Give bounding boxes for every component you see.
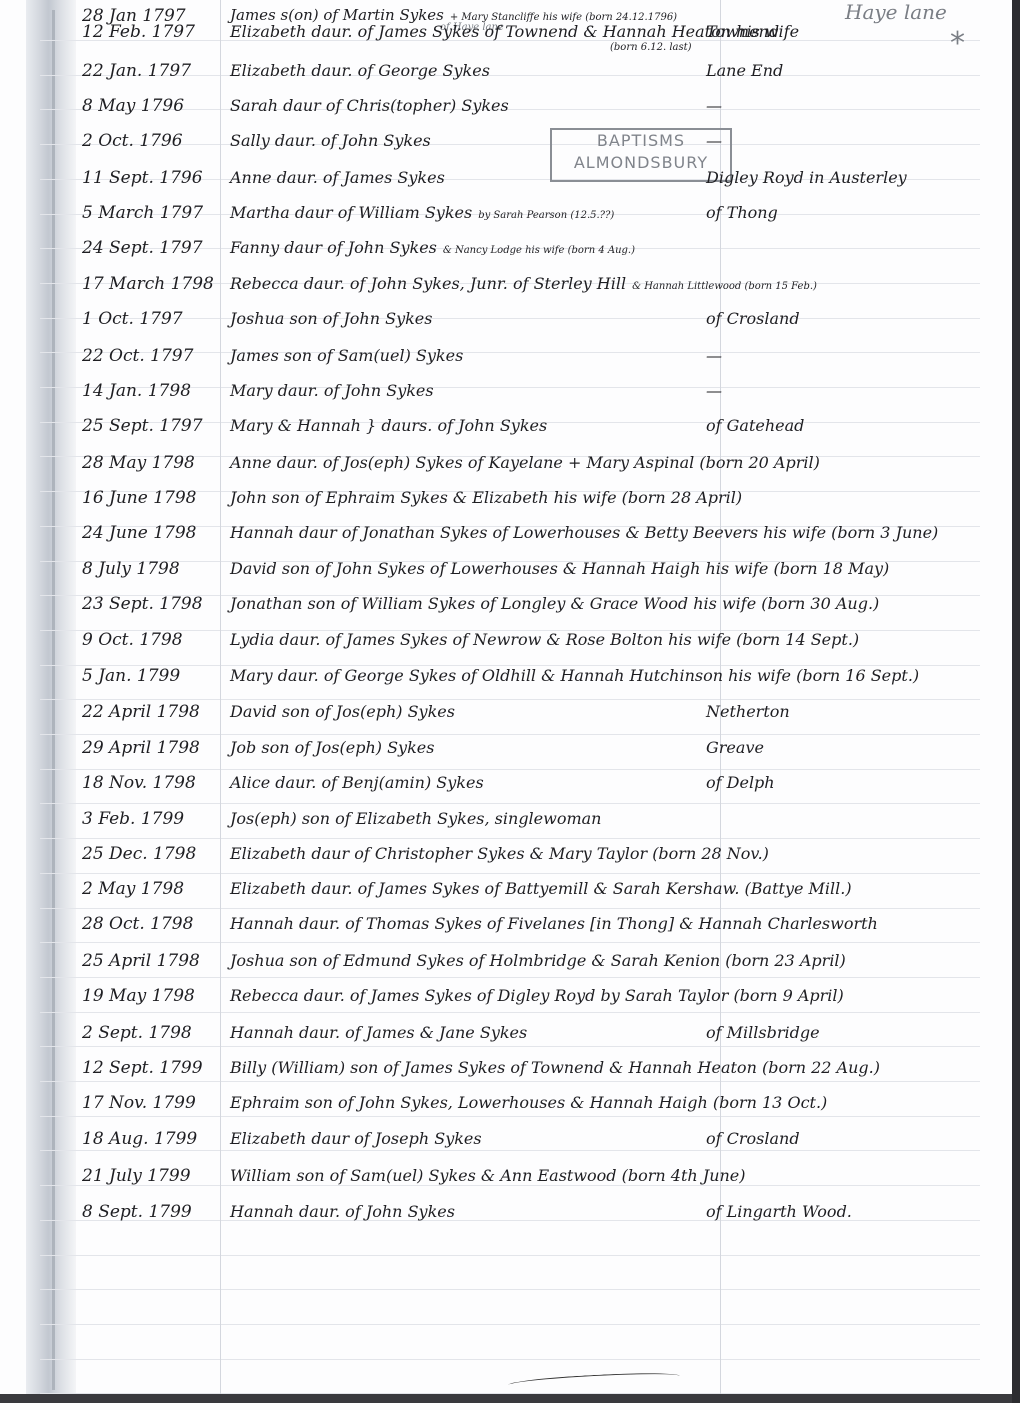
baptism-entry: Jos(eph) son of Elizabeth Sykes, singlew… bbox=[230, 809, 601, 828]
register-row: 11 Sept. 1796Anne daur. of James SykesDi… bbox=[0, 162, 1020, 196]
register-row: 23 Sept. 1798Jonathan son of William Syk… bbox=[0, 588, 1020, 622]
ruled-line bbox=[40, 1255, 980, 1256]
baptism-date: 24 Sept. 1797 bbox=[82, 238, 203, 258]
entry-text: Elizabeth daur of Christopher Sykes & Ma… bbox=[230, 844, 769, 863]
baptism-entry: David son of John Sykes of Lowerhouses &… bbox=[230, 559, 889, 578]
baptism-entry: Anne daur. of James Sykes bbox=[230, 168, 445, 187]
register-row: 5 March 1797Martha daur of William Sykes… bbox=[0, 197, 1020, 231]
baptism-entry: Joshua son of Edmund Sykes of Holmbridge… bbox=[230, 951, 846, 970]
entry-text: Sarah daur of Chris(topher) Sykes bbox=[230, 96, 509, 115]
entry-text: Mary daur. of John Sykes bbox=[230, 381, 434, 400]
entry-text: Mary daur. of George Sykes of Oldhill & … bbox=[230, 666, 919, 685]
baptism-entry: Fanny daur of John Sykes& Nancy Lodge hi… bbox=[230, 238, 635, 257]
baptism-entry: Mary daur. of George Sykes of Oldhill & … bbox=[230, 666, 919, 685]
register-row: 18 Nov. 1798Alice daur. of Benj(amin) Sy… bbox=[0, 767, 1020, 801]
entry-subnote: (born 6.12. last) bbox=[610, 42, 692, 53]
entry-text: Rebecca daur. of John Sykes, Junr. of St… bbox=[230, 274, 626, 293]
entry-text: William son of Sam(uel) Sykes & Ann East… bbox=[230, 1166, 746, 1185]
register-row: 18 Aug. 1799Elizabeth daur of Joseph Syk… bbox=[0, 1123, 1020, 1157]
baptism-date: 18 Nov. 1798 bbox=[82, 773, 196, 793]
register-row: 16 June 1798John son of Ephraim Sykes & … bbox=[0, 482, 1020, 516]
register-row: 28 Oct. 1798Hannah daur. of Thomas Sykes… bbox=[0, 908, 1020, 942]
register-row: 8 Sept. 1799Hannah daur. of John Sykesof… bbox=[0, 1196, 1020, 1230]
baptism-date: 8 Sept. 1799 bbox=[82, 1202, 192, 1222]
register-row: 24 Sept. 1797Fanny daur of John Sykes& N… bbox=[0, 232, 1020, 266]
baptism-date: 2 Sept. 1798 bbox=[82, 1023, 192, 1043]
entry-text: Mary & Hannah } daurs. of John Sykes bbox=[230, 416, 547, 435]
register-row: 1 Oct. 1797Joshua son of John Sykesof Cr… bbox=[0, 303, 1020, 337]
register-row: 12 Sept. 1799Billy (William) son of Jame… bbox=[0, 1052, 1020, 1086]
baptism-entry: Job son of Jos(eph) Sykes bbox=[230, 738, 434, 757]
baptism-date: 22 Oct. 1797 bbox=[82, 346, 193, 366]
entry-text: James son of Sam(uel) Sykes bbox=[230, 346, 463, 365]
register-row: 14 Jan. 1798Mary daur. of John Sykes— bbox=[0, 375, 1020, 409]
entry-text: Hannah daur. of John Sykes bbox=[230, 1202, 455, 1221]
baptism-entry: Elizabeth daur of Christopher Sykes & Ma… bbox=[230, 844, 769, 863]
entry-text: John son of Ephraim Sykes & Elizabeth hi… bbox=[230, 488, 742, 507]
entry-text: Jos(eph) son of Elizabeth Sykes, singlew… bbox=[230, 809, 601, 828]
place-of-abode: of Millsbridge bbox=[706, 1023, 820, 1042]
register-row: 2 May 1798Elizabeth daur. of James Sykes… bbox=[0, 873, 1020, 907]
register-row: 12 Feb. 1797Elizabeth daur. of James Syk… bbox=[0, 16, 1020, 50]
baptism-date: 22 April 1798 bbox=[82, 702, 200, 722]
entry-note: by Sarah Pearson (12.5.??) bbox=[478, 210, 614, 221]
baptism-date: 8 May 1796 bbox=[82, 96, 184, 116]
baptism-date: 16 June 1798 bbox=[82, 488, 196, 508]
baptism-entry: John son of Ephraim Sykes & Elizabeth hi… bbox=[230, 488, 742, 507]
register-row: 2 Sept. 1798Hannah daur. of James & Jane… bbox=[0, 1017, 1020, 1051]
entry-text: Fanny daur of John Sykes bbox=[230, 238, 437, 257]
register-row: 8 July 1798David son of John Sykes of Lo… bbox=[0, 553, 1020, 587]
register-row: 24 June 1798Hannah daur of Jonathan Syke… bbox=[0, 517, 1020, 551]
entry-text: Alice daur. of Benj(amin) Sykes bbox=[230, 773, 484, 792]
baptism-entry: Sarah daur of Chris(topher) Sykes bbox=[230, 96, 509, 115]
place-of-abode: Lane End bbox=[706, 61, 783, 80]
register-row: 8 May 1796Sarah daur of Chris(topher) Sy… bbox=[0, 90, 1020, 124]
ruled-line bbox=[40, 1289, 980, 1290]
baptism-entry: Martha daur of William Sykesby Sarah Pea… bbox=[230, 203, 614, 222]
baptism-date: 1 Oct. 1797 bbox=[82, 309, 183, 329]
place-of-abode: — bbox=[706, 96, 722, 115]
register-row: 25 Dec. 1798Elizabeth daur of Christophe… bbox=[0, 838, 1020, 872]
entry-text: Elizabeth daur. of James Sykes of Battye… bbox=[230, 879, 852, 898]
entry-text: Hannah daur. of James & Jane Sykes bbox=[230, 1023, 527, 1042]
register-row: 17 March 1798Rebecca daur. of John Sykes… bbox=[0, 268, 1020, 302]
entry-text: Ephraim son of John Sykes, Lowerhouses &… bbox=[230, 1093, 827, 1112]
baptism-entry: Sally daur. of John Sykes bbox=[230, 131, 431, 150]
baptism-entry: Ephraim son of John Sykes, Lowerhouses &… bbox=[230, 1093, 827, 1112]
baptism-entry: Elizabeth daur of Joseph Sykes bbox=[230, 1129, 482, 1148]
baptism-date: 11 Sept. 1796 bbox=[82, 168, 203, 188]
register-row: 25 Sept. 1797Mary & Hannah } daurs. of J… bbox=[0, 410, 1020, 444]
baptism-entry: Billy (William) son of James Sykes of To… bbox=[230, 1058, 880, 1077]
baptism-entry: Hannah daur. of Thomas Sykes of Fivelane… bbox=[230, 914, 878, 933]
register-row: 29 April 1798Job son of Jos(eph) SykesGr… bbox=[0, 732, 1020, 766]
entry-note: & Hannah Littlewood (born 15 Feb.) bbox=[632, 281, 817, 292]
arrow-icon bbox=[508, 1371, 680, 1391]
place-of-abode: Digley Royd in Austerley bbox=[706, 168, 907, 187]
baptism-date: 28 Oct. 1798 bbox=[82, 914, 193, 934]
place-of-abode: of Delph bbox=[706, 773, 775, 792]
entry-text: Joshua son of Edmund Sykes of Holmbridge… bbox=[230, 951, 846, 970]
baptism-date: 5 March 1797 bbox=[82, 203, 203, 223]
entry-text: Hannah daur. of Thomas Sykes of Fivelane… bbox=[230, 914, 878, 933]
place-of-abode: Netherton bbox=[706, 702, 790, 721]
baptism-entry: David son of Jos(eph) Sykes bbox=[230, 702, 455, 721]
register-row: 19 May 1798Rebecca daur. of James Sykes … bbox=[0, 980, 1020, 1014]
scanned-page: Haye lane * BAPTISMS ALMONDSBURY 28 Jan … bbox=[0, 0, 1020, 1403]
entry-text: Jonathan son of William Sykes of Longley… bbox=[230, 594, 879, 613]
register-row: 3 Feb. 1799Jos(eph) son of Elizabeth Syk… bbox=[0, 803, 1020, 837]
baptism-entry: Anne daur. of Jos(eph) Sykes of Kayelane… bbox=[230, 453, 820, 472]
scan-edge-right bbox=[1012, 0, 1020, 1403]
baptism-date: 28 May 1798 bbox=[82, 453, 195, 473]
entry-text: Martha daur of William Sykes bbox=[230, 203, 472, 222]
baptism-entry: Elizabeth daur. of James Sykes of Battye… bbox=[230, 879, 852, 898]
entry-text: David son of John Sykes of Lowerhouses &… bbox=[230, 559, 889, 578]
entry-text: Elizabeth daur. of George Sykes bbox=[230, 61, 490, 80]
baptism-entry: Joshua son of John Sykes bbox=[230, 309, 432, 328]
register-row: 22 Oct. 1797James son of Sam(uel) Sykes— bbox=[0, 340, 1020, 374]
entry-text: Billy (William) son of James Sykes of To… bbox=[230, 1058, 880, 1077]
register-row: 28 May 1798Anne daur. of Jos(eph) Sykes … bbox=[0, 447, 1020, 481]
baptism-date: 25 Dec. 1798 bbox=[82, 844, 196, 864]
baptism-entry: Hannah daur of Jonathan Sykes of Lowerho… bbox=[230, 523, 938, 542]
baptism-date: 17 Nov. 1799 bbox=[82, 1093, 196, 1113]
entry-text: Lydia daur. of James Sykes of Newrow & R… bbox=[230, 630, 859, 649]
place-of-abode: Townend bbox=[706, 22, 779, 41]
baptism-date: 22 Jan. 1797 bbox=[82, 61, 191, 81]
entry-text: Sally daur. of John Sykes bbox=[230, 131, 431, 150]
register-row: 25 April 1798Joshua son of Edmund Sykes … bbox=[0, 945, 1020, 979]
place-of-abode: of Crosland bbox=[706, 1129, 800, 1148]
place-of-abode: — bbox=[706, 346, 722, 365]
baptism-entry: Mary & Hannah } daurs. of John Sykes bbox=[230, 416, 547, 435]
place-of-abode: of Crosland bbox=[706, 309, 800, 328]
baptism-date: 14 Jan. 1798 bbox=[82, 381, 191, 401]
baptism-date: 21 July 1799 bbox=[82, 1166, 191, 1186]
baptism-date: 12 Sept. 1799 bbox=[82, 1058, 203, 1078]
baptism-entry: Elizabeth daur. of George Sykes bbox=[230, 61, 490, 80]
register-row: 9 Oct. 1798Lydia daur. of James Sykes of… bbox=[0, 624, 1020, 658]
place-of-abode: — bbox=[706, 131, 722, 150]
entry-text: Elizabeth daur of Joseph Sykes bbox=[230, 1129, 482, 1148]
baptism-entry: Mary daur. of John Sykes bbox=[230, 381, 434, 400]
baptism-date: 25 April 1798 bbox=[82, 951, 200, 971]
ruled-line bbox=[40, 1359, 980, 1360]
baptism-date: 19 May 1798 bbox=[82, 986, 195, 1006]
baptism-date: 12 Feb. 1797 bbox=[82, 22, 195, 42]
register-row: 2 Oct. 1796Sally daur. of John Sykes— bbox=[0, 125, 1020, 159]
baptism-date: 17 March 1798 bbox=[82, 274, 214, 294]
baptism-date: 29 April 1798 bbox=[82, 738, 200, 758]
baptism-entry: Rebecca daur. of John Sykes, Junr. of St… bbox=[230, 274, 817, 293]
place-of-abode: of Lingarth Wood. bbox=[706, 1202, 852, 1221]
baptism-entry: Alice daur. of Benj(amin) Sykes bbox=[230, 773, 484, 792]
baptism-date: 8 July 1798 bbox=[82, 559, 180, 579]
baptism-date: 3 Feb. 1799 bbox=[82, 809, 184, 829]
register-row: 22 Jan. 1797Elizabeth daur. of George Sy… bbox=[0, 55, 1020, 89]
baptism-entry: Hannah daur. of John Sykes bbox=[230, 1202, 455, 1221]
entry-text: Rebecca daur. of James Sykes of Digley R… bbox=[230, 986, 844, 1005]
register-row: 22 April 1798David son of Jos(eph) Sykes… bbox=[0, 696, 1020, 730]
entry-text: Hannah daur of Jonathan Sykes of Lowerho… bbox=[230, 523, 938, 542]
baptism-entry: Lydia daur. of James Sykes of Newrow & R… bbox=[230, 630, 859, 649]
baptism-date: 23 Sept. 1798 bbox=[82, 594, 203, 614]
entry-text: Job son of Jos(eph) Sykes bbox=[230, 738, 434, 757]
baptism-date: 24 June 1798 bbox=[82, 523, 196, 543]
entry-note: & Nancy Lodge his wife (born 4 Aug.) bbox=[443, 245, 635, 256]
baptism-entry: William son of Sam(uel) Sykes & Ann East… bbox=[230, 1166, 746, 1185]
baptism-date: 18 Aug. 1799 bbox=[82, 1129, 197, 1149]
register-row: 5 Jan. 1799Mary daur. of George Sykes of… bbox=[0, 660, 1020, 694]
entry-text: Anne daur. of James Sykes bbox=[230, 168, 445, 187]
entry-text: Joshua son of John Sykes bbox=[230, 309, 432, 328]
register-row: 17 Nov. 1799Ephraim son of John Sykes, L… bbox=[0, 1087, 1020, 1121]
place-of-abode: of Gatehead bbox=[706, 416, 804, 435]
place-of-abode: — bbox=[706, 381, 722, 400]
scan-edge-bottom bbox=[0, 1394, 1020, 1403]
baptism-date: 2 Oct. 1796 bbox=[82, 131, 183, 151]
baptism-date: 25 Sept. 1797 bbox=[82, 416, 203, 436]
register-row: 21 July 1799William son of Sam(uel) Syke… bbox=[0, 1160, 1020, 1194]
place-of-abode: of Thong bbox=[706, 203, 778, 222]
baptism-entry: Hannah daur. of James & Jane Sykes bbox=[230, 1023, 527, 1042]
entry-text: David son of Jos(eph) Sykes bbox=[230, 702, 455, 721]
ruled-line bbox=[40, 1324, 980, 1325]
place-of-abode: Greave bbox=[706, 738, 764, 757]
baptism-date: 5 Jan. 1799 bbox=[82, 666, 180, 686]
entry-text: Anne daur. of Jos(eph) Sykes of Kayelane… bbox=[230, 453, 820, 472]
baptism-date: 2 May 1798 bbox=[82, 879, 184, 899]
baptism-entry: Jonathan son of William Sykes of Longley… bbox=[230, 594, 879, 613]
baptism-date: 9 Oct. 1798 bbox=[82, 630, 183, 650]
baptism-entry: James son of Sam(uel) Sykes bbox=[230, 346, 463, 365]
ruled-line bbox=[40, 942, 980, 943]
baptism-entry: Rebecca daur. of James Sykes of Digley R… bbox=[230, 986, 844, 1005]
